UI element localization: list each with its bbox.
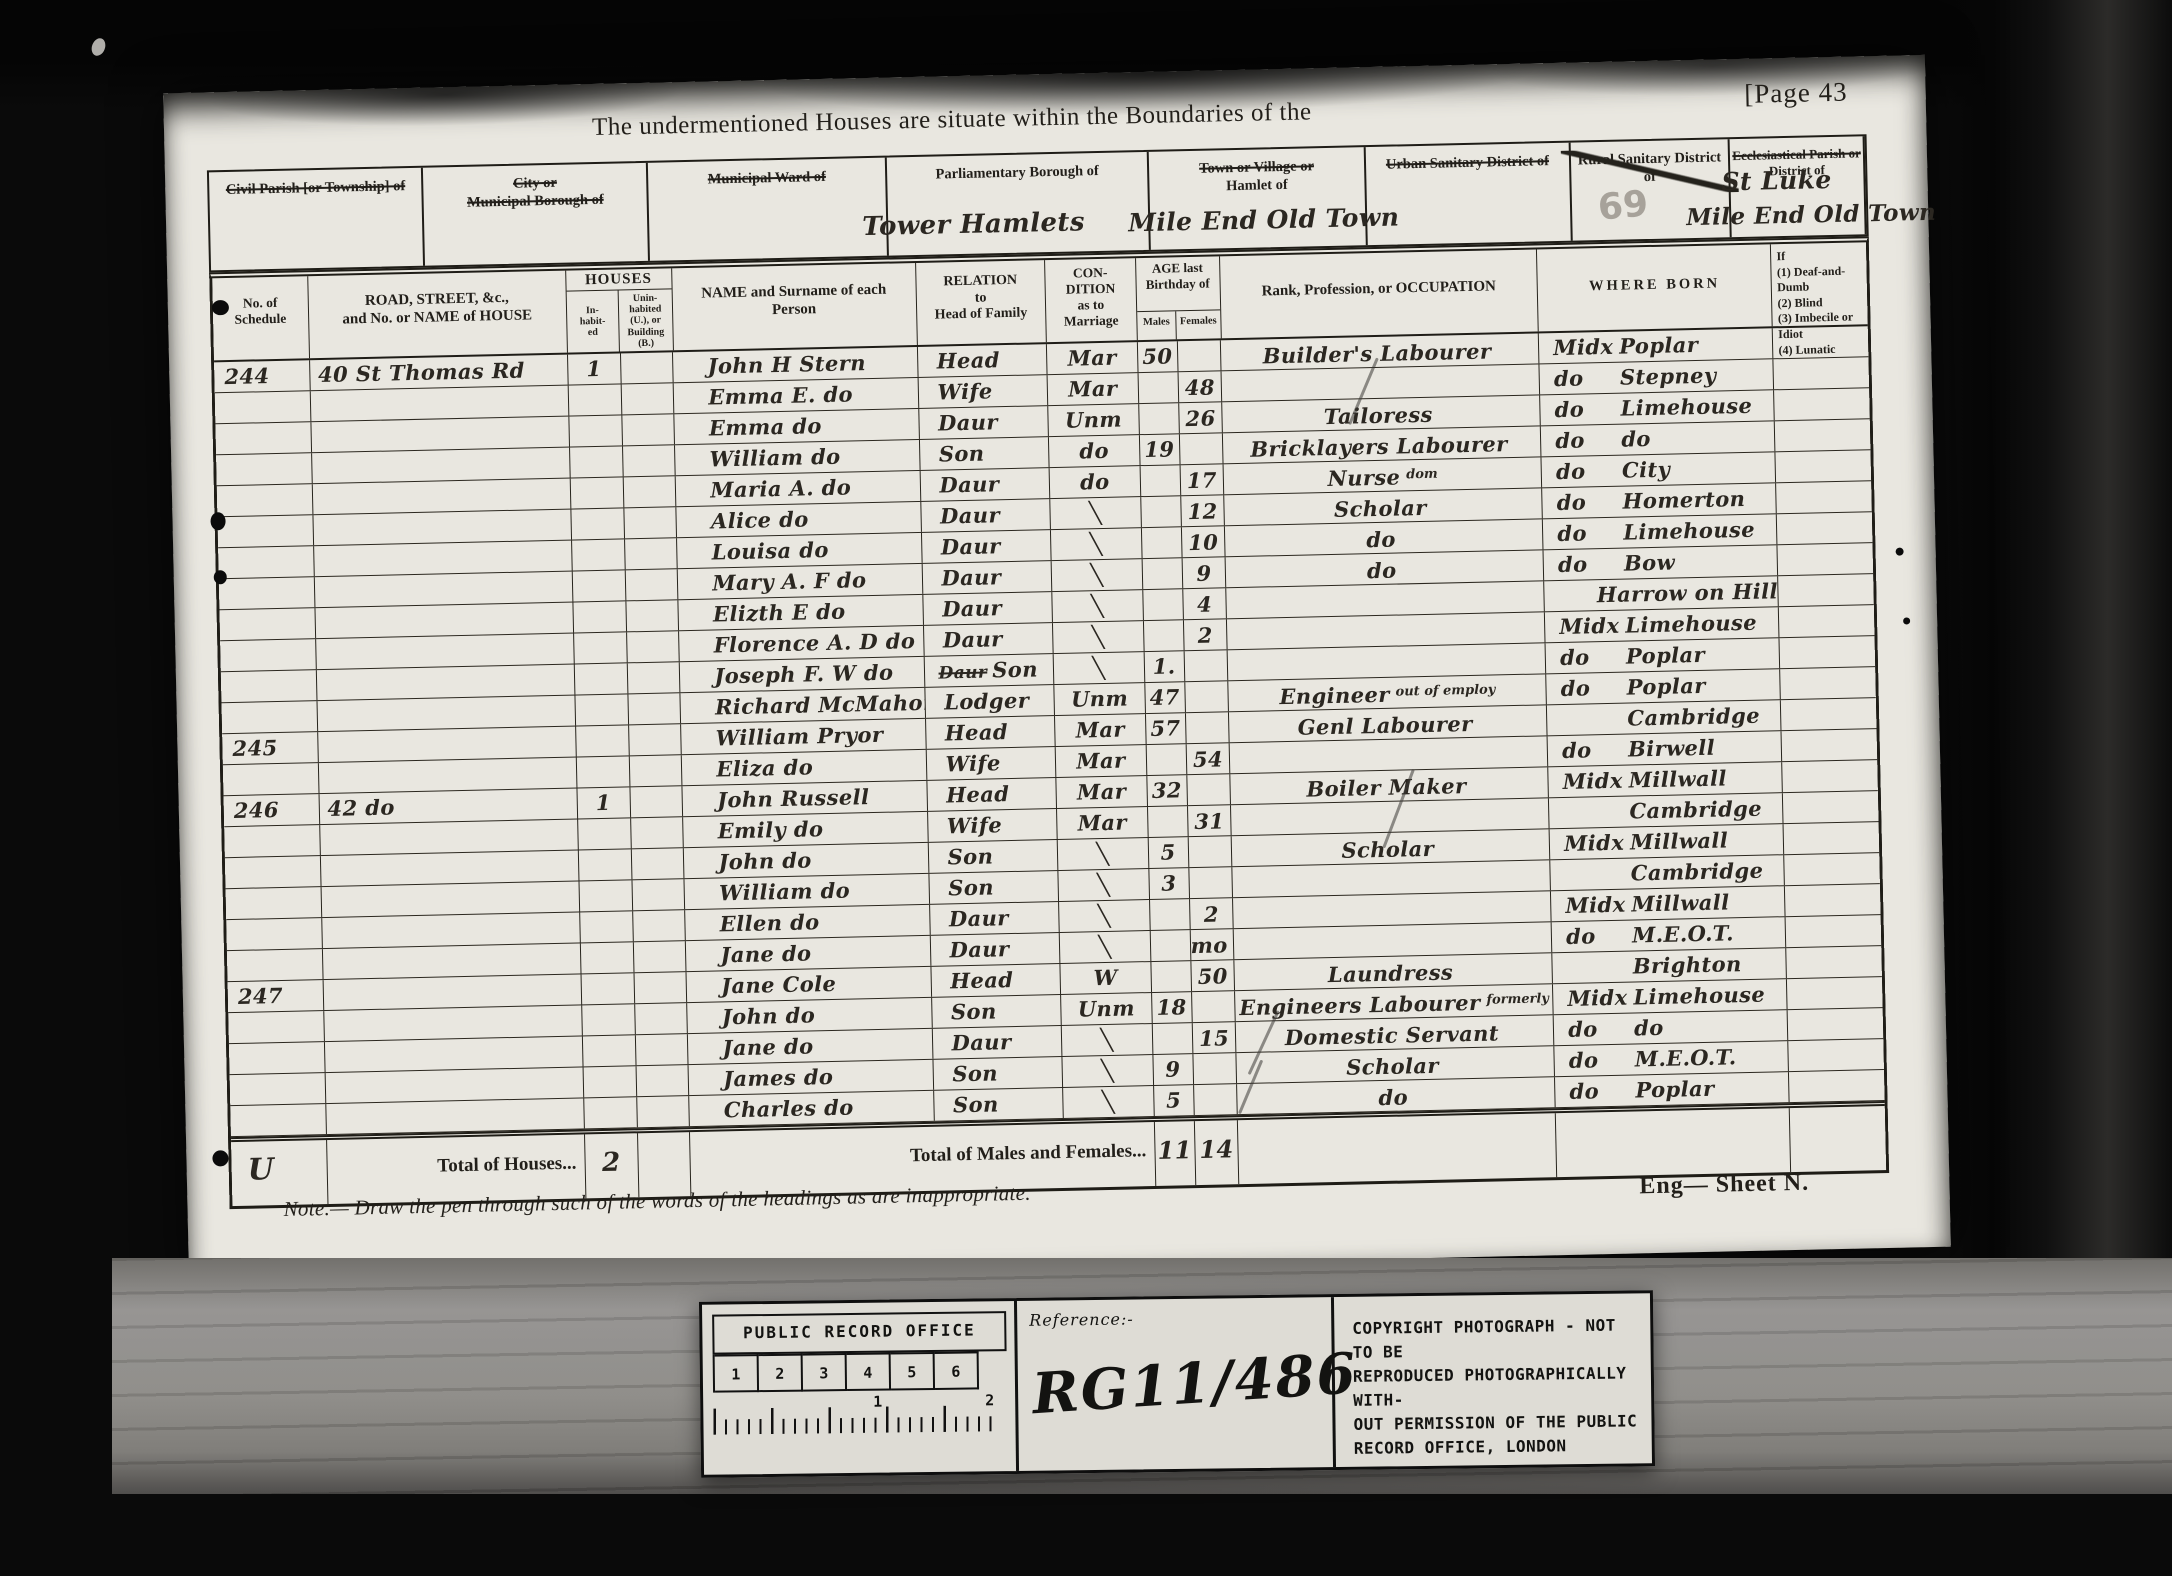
handwritten-hamlet: Mile End Old Town bbox=[1128, 202, 1400, 237]
relation-cell: Daur bbox=[919, 406, 1049, 439]
houses-inhabited bbox=[572, 570, 625, 601]
occupation: do bbox=[1378, 1084, 1408, 1110]
relation-cell: Son bbox=[934, 1088, 1064, 1121]
houses-uninhabited bbox=[626, 600, 679, 631]
age-male: 19 bbox=[1140, 434, 1180, 465]
relation: Daur bbox=[941, 562, 1001, 592]
road-name bbox=[321, 850, 580, 886]
schedule-number bbox=[216, 453, 312, 485]
relation-cell: Son bbox=[932, 995, 1062, 1028]
condition: do bbox=[1050, 466, 1141, 498]
age-male bbox=[1140, 465, 1180, 496]
schedule-number bbox=[226, 918, 322, 950]
person-name: Jane do bbox=[686, 936, 931, 971]
person-name: William Pryor bbox=[681, 719, 926, 754]
born-cell: do M.E.O.T. bbox=[1552, 917, 1787, 952]
born-county: Midx bbox=[1565, 890, 1632, 921]
ecclesiastical-struck: Ecclesiastical Parish or bbox=[1730, 145, 1863, 164]
born-county: do bbox=[1556, 456, 1623, 487]
age-female: 26 bbox=[1179, 402, 1223, 433]
houses-uninhabited bbox=[629, 755, 682, 786]
schedule-number bbox=[219, 577, 315, 609]
born-place: Poplar bbox=[1635, 1074, 1715, 1106]
relation-cell: Head bbox=[926, 716, 1056, 749]
occupation bbox=[1383, 651, 1384, 676]
infirmity-cell bbox=[1788, 1008, 1883, 1040]
header-schedule: No. of Schedule bbox=[212, 276, 309, 360]
infirmity-cell bbox=[1780, 667, 1875, 699]
houses-uninhabited bbox=[636, 1065, 689, 1096]
person-name: John do bbox=[687, 998, 932, 1033]
infirmity-cell bbox=[1775, 419, 1870, 451]
age-male bbox=[1148, 806, 1188, 837]
condition: Mar bbox=[1048, 373, 1139, 405]
condition: ╲ bbox=[1054, 652, 1145, 684]
born-cell: Midx Millwall bbox=[1550, 824, 1785, 859]
age-male: 18 bbox=[1152, 992, 1192, 1023]
relation-cell: Son bbox=[933, 1057, 1063, 1090]
schedule-number bbox=[224, 825, 320, 857]
header-females: Females bbox=[1176, 310, 1220, 339]
person-name: Charles do bbox=[690, 1091, 935, 1126]
age-female: 10 bbox=[1181, 526, 1225, 557]
relation-cell: Daur bbox=[932, 1026, 1062, 1059]
infirmity-cell bbox=[1779, 605, 1874, 637]
relation: Son bbox=[951, 996, 997, 1026]
relation-cell: Daur bbox=[930, 933, 1060, 966]
age-male bbox=[1144, 620, 1184, 651]
born-cell: do Homerton bbox=[1542, 483, 1777, 518]
header-houses-group: HOUSES In- habit- ed Unin- habited (U.),… bbox=[566, 268, 674, 352]
condition: Mar bbox=[1056, 745, 1147, 777]
houses-inhabited bbox=[580, 911, 633, 942]
ruler: 1 2 bbox=[713, 1389, 1008, 1441]
born-place: Bow bbox=[1624, 547, 1676, 578]
condition: ╲ bbox=[1059, 900, 1150, 932]
houses-inhabited bbox=[573, 601, 626, 632]
born-cell: do do bbox=[1554, 1010, 1789, 1045]
person-name: William do bbox=[685, 874, 930, 909]
occupation: Engineer bbox=[1279, 682, 1390, 709]
microfilm-scan: [Page 43 The undermentioned Houses are s… bbox=[0, 0, 2172, 1576]
infirmity-cell bbox=[1787, 977, 1882, 1009]
houses-inhabited bbox=[568, 384, 621, 415]
occupation bbox=[1390, 930, 1391, 955]
born-cell: do Limehouse bbox=[1543, 514, 1778, 549]
condition: Mar bbox=[1057, 807, 1148, 839]
header-age: AGE last Birthday of bbox=[1136, 256, 1220, 311]
age-male bbox=[1138, 372, 1178, 403]
road-name bbox=[317, 696, 576, 732]
born-cell: Midx Poplar bbox=[1539, 328, 1774, 363]
census-page: [Page 43 The undermentioned Houses are s… bbox=[163, 55, 1951, 1285]
born-place: City bbox=[1622, 455, 1671, 486]
born-place: Poplar bbox=[1626, 671, 1706, 703]
schedule-number bbox=[215, 422, 311, 454]
road-name bbox=[316, 665, 575, 701]
born-cell: Midx Millwall bbox=[1548, 762, 1783, 797]
relation-cell: Head bbox=[917, 344, 1047, 377]
born-place: Cambridge bbox=[1627, 701, 1760, 734]
relation: Daur bbox=[943, 624, 1003, 654]
scale-cell: 6 bbox=[935, 1351, 979, 1390]
relation-cell: Lodger bbox=[925, 685, 1055, 718]
houses-inhabited bbox=[582, 1004, 635, 1035]
road-name bbox=[319, 758, 578, 794]
born-cell: do Poplar bbox=[1555, 1072, 1790, 1107]
occupation-note: out of employ bbox=[1395, 682, 1495, 699]
born-place: Poplar bbox=[1619, 330, 1699, 362]
infirmity-cell bbox=[1773, 326, 1868, 358]
relation: Head bbox=[950, 965, 1014, 995]
relation: Son bbox=[953, 1089, 999, 1119]
schedule-number bbox=[217, 515, 313, 547]
houses-uninhabited bbox=[627, 662, 680, 693]
relation-cell: Head bbox=[931, 964, 1061, 997]
schedule-number bbox=[227, 949, 323, 981]
road-name bbox=[315, 603, 574, 639]
houses-inhabited bbox=[576, 725, 629, 756]
houses-inhabited bbox=[571, 508, 624, 539]
occupation bbox=[1377, 372, 1378, 397]
occupation-note: formerly bbox=[1486, 991, 1549, 1007]
condition: ╲ bbox=[1062, 1024, 1153, 1056]
houses-inhabited bbox=[579, 849, 632, 880]
born-county: do bbox=[1566, 921, 1633, 952]
age-female bbox=[1184, 650, 1228, 681]
age-female bbox=[1179, 433, 1223, 464]
municipal-borough-label: City or Municipal Borough of bbox=[424, 172, 647, 213]
schedule-number bbox=[218, 546, 314, 578]
person-name: Jane Cole bbox=[687, 967, 932, 1002]
relation: Daur bbox=[940, 531, 1000, 561]
occupation bbox=[1383, 620, 1384, 645]
pro-scale-section: PUBLIC RECORD OFFICE 123456 1 2 bbox=[702, 1301, 1016, 1475]
person-name: James do bbox=[689, 1060, 934, 1095]
header-uninhabited: Unin- habited (U.), or Building (B.) bbox=[619, 289, 673, 351]
road-name bbox=[320, 819, 579, 855]
age-female: 48 bbox=[1178, 371, 1222, 402]
occupation bbox=[1385, 744, 1386, 769]
born-place: do bbox=[1621, 424, 1651, 455]
houses-uninhabited bbox=[623, 476, 676, 507]
totals-born bbox=[1556, 1108, 1791, 1177]
infirmity-cell bbox=[1774, 357, 1869, 389]
age-female bbox=[1186, 712, 1230, 743]
age-female: 2 bbox=[1184, 619, 1228, 650]
relation: Wife bbox=[937, 376, 993, 406]
age-female: 12 bbox=[1181, 495, 1225, 526]
schedule-number bbox=[226, 887, 322, 919]
person-name: Maria A. do bbox=[676, 471, 921, 506]
born-cell: Cambridge bbox=[1547, 700, 1782, 735]
age-female bbox=[1189, 867, 1233, 898]
handwritten-borough: Tower Hamlets bbox=[862, 207, 1085, 242]
born-place: Stepney bbox=[1620, 361, 1717, 393]
age-female: 15 bbox=[1192, 1022, 1236, 1053]
houses-uninhabited bbox=[625, 569, 678, 600]
infirmity-cell bbox=[1782, 729, 1877, 761]
born-place: Cambridge bbox=[1629, 794, 1762, 827]
age-male bbox=[1151, 961, 1191, 992]
person-name: Richard McMahon bbox=[681, 688, 926, 723]
infirmity-cell bbox=[1776, 450, 1871, 482]
relation-cell: Daur bbox=[924, 623, 1054, 656]
age-female: 54 bbox=[1186, 743, 1230, 774]
born-place: Limehouse bbox=[1623, 515, 1755, 548]
road-name bbox=[321, 881, 580, 917]
born-cell: Brighton bbox=[1552, 948, 1787, 983]
road-name bbox=[314, 572, 573, 608]
occupation: do bbox=[1367, 558, 1397, 584]
born-county: Midx bbox=[1564, 828, 1631, 859]
condition: ╲ bbox=[1058, 838, 1149, 870]
schedule-number bbox=[215, 391, 311, 423]
houses-inhabited bbox=[583, 1066, 636, 1097]
civil-parish-label: Civil Parish [or Township] of bbox=[209, 177, 422, 200]
pro-scale-cells: 123456 bbox=[713, 1351, 1007, 1393]
age-male: 47 bbox=[1145, 682, 1185, 713]
age-female bbox=[1187, 774, 1231, 805]
copyright-notice: COPYRIGHT PHOTOGRAPH - NOT TO BE REPRODU… bbox=[1334, 1293, 1652, 1467]
header-condition: CON- DITION as to Marriage bbox=[1045, 258, 1137, 342]
relation: Daur bbox=[940, 500, 1000, 530]
boundary-title: The undermentioned Houses are situate wi… bbox=[592, 98, 1312, 142]
age-male bbox=[1143, 589, 1183, 620]
houses-uninhabited bbox=[630, 786, 683, 817]
age-female: mo 4 bbox=[1190, 929, 1234, 960]
rural-sanitary-label: Rural Sanitary District of bbox=[1571, 148, 1729, 188]
houses-uninhabited bbox=[625, 538, 678, 569]
relation-cell: Daur bbox=[921, 530, 1051, 563]
born-place: Harrow on Hill bbox=[1597, 576, 1779, 610]
relation: Son bbox=[938, 439, 984, 469]
condition: Unm bbox=[1054, 683, 1145, 715]
houses-inhabited bbox=[583, 1035, 636, 1066]
schedule-number bbox=[221, 670, 317, 702]
houses-uninhabited bbox=[635, 1003, 688, 1034]
header-road: ROAD, STREET, &c., and No. or NAME of HO… bbox=[308, 271, 568, 359]
condition: ╲ bbox=[1053, 621, 1144, 653]
born-cell: do Bow bbox=[1544, 545, 1779, 580]
schedule-number: 245 bbox=[222, 732, 318, 764]
road-name bbox=[313, 510, 572, 546]
road-name bbox=[314, 541, 573, 577]
person-name: Emily do bbox=[683, 812, 928, 847]
road-name bbox=[322, 912, 581, 948]
age-male bbox=[1146, 744, 1186, 775]
handwritten-ecclesiastical-1: St Luke bbox=[1721, 165, 1832, 196]
cell-civil-parish: Civil Parish [or Township] of bbox=[209, 168, 426, 271]
scale-cell: 5 bbox=[891, 1352, 935, 1391]
born-cell: Midx Limehouse bbox=[1545, 607, 1780, 642]
born-place: M.E.O.T. bbox=[1632, 918, 1734, 950]
houses-inhabited bbox=[572, 539, 625, 570]
schedule-number: 244 bbox=[214, 360, 310, 392]
born-county bbox=[1558, 580, 1597, 611]
born-county: do bbox=[1557, 518, 1624, 549]
born-county: Midx bbox=[1562, 766, 1629, 797]
person-name: Florence A. D do bbox=[679, 626, 924, 661]
occupation bbox=[1388, 868, 1389, 893]
infirmity-cell bbox=[1787, 946, 1882, 978]
sheet-label: Eng— Sheet N. bbox=[1639, 1170, 1809, 1201]
person-name: Louisa do bbox=[677, 533, 922, 568]
houses-uninhabited bbox=[631, 848, 684, 879]
header-relation: RELATION to Head of Family bbox=[916, 260, 1047, 345]
condition: ╲ bbox=[1051, 528, 1142, 560]
born-county: Midx bbox=[1559, 611, 1626, 642]
schedule-number bbox=[230, 1073, 326, 1105]
header-age-group: AGE last Birthday of Males Females bbox=[1136, 256, 1222, 340]
born-county bbox=[1563, 797, 1630, 828]
ruler-ticks-major bbox=[713, 1405, 995, 1434]
born-place: Millwall bbox=[1630, 825, 1729, 857]
infirmity-cell bbox=[1786, 915, 1881, 947]
schedule-number bbox=[220, 639, 316, 671]
occupation: Builder's Labourer bbox=[1262, 338, 1491, 368]
houses-uninhabited bbox=[624, 507, 677, 538]
houses-inhabited bbox=[581, 973, 634, 1004]
age-female bbox=[1188, 836, 1232, 867]
houses-uninhabited bbox=[635, 1034, 688, 1065]
relation-struck: Daur bbox=[938, 659, 987, 687]
infirmity-cell bbox=[1778, 574, 1873, 606]
houses-uninhabited bbox=[621, 352, 674, 383]
table-body: 244 40 St Thomas Rd 1 John H Stern Head … bbox=[214, 326, 1885, 1137]
scale-cell: 1 bbox=[715, 1354, 759, 1393]
born-county: do bbox=[1554, 394, 1621, 425]
born-county: do bbox=[1555, 425, 1622, 456]
totals-infirm bbox=[1790, 1106, 1886, 1172]
age-female: 31 bbox=[1188, 805, 1232, 836]
relation-cell: Wife bbox=[918, 375, 1048, 408]
condition: ╲ bbox=[1058, 869, 1149, 901]
road-name bbox=[310, 386, 569, 422]
occupation: Bricklayers Labourer bbox=[1250, 431, 1508, 462]
cell-municipal-borough: City or Municipal Borough of bbox=[423, 163, 650, 266]
age-male: 32 bbox=[1147, 775, 1187, 806]
road-name bbox=[318, 727, 577, 763]
occupation: Genl Labourer bbox=[1297, 711, 1472, 740]
schedule-number bbox=[229, 1042, 325, 1074]
condition: ╲ bbox=[1063, 1055, 1154, 1087]
born-place: Millwall bbox=[1631, 887, 1730, 919]
born-place: Limehouse bbox=[1620, 391, 1752, 424]
road-name bbox=[325, 1067, 584, 1103]
occupation: Nurse bbox=[1327, 464, 1400, 491]
born-cell: do Poplar bbox=[1546, 638, 1781, 673]
occupation bbox=[1382, 589, 1383, 614]
houses-uninhabited bbox=[622, 414, 675, 445]
person-name: Joseph F. W do bbox=[680, 657, 925, 692]
schedule-number bbox=[223, 763, 319, 795]
relation: Son bbox=[992, 654, 1038, 684]
person-name: Ellen do bbox=[685, 905, 930, 940]
age-male: 9 bbox=[1153, 1054, 1193, 1085]
handwritten-ecclesiastical-2: Mile End Old Town bbox=[1686, 199, 1936, 231]
scale-cell: 3 bbox=[803, 1353, 847, 1392]
houses-uninhabited bbox=[623, 445, 676, 476]
schedule-number bbox=[222, 701, 318, 733]
relation-cell: Head bbox=[927, 778, 1057, 811]
relation-cell: Son bbox=[919, 437, 1049, 470]
schedule-number bbox=[225, 856, 321, 888]
relation: Lodger bbox=[944, 686, 1030, 717]
houses-inhabited bbox=[569, 415, 622, 446]
reference-value: RG11/486 bbox=[1030, 1340, 1359, 1427]
born-cell: Cambridge bbox=[1550, 855, 1785, 890]
person-name: Jane do bbox=[688, 1029, 933, 1064]
age-female bbox=[1177, 340, 1221, 371]
header-where-born: WHERE BORN bbox=[1537, 244, 1773, 331]
born-county: do bbox=[1568, 1013, 1635, 1044]
relation-cell: Daur bbox=[921, 499, 1051, 532]
relation-cell: Son bbox=[928, 840, 1058, 873]
occupation: Tailoress bbox=[1324, 402, 1433, 429]
age-male bbox=[1142, 527, 1182, 558]
pro-reference-section: Reference:- RG11/486 bbox=[1014, 1297, 1336, 1471]
relation-cell: Wife bbox=[926, 747, 1056, 780]
relation: Daur bbox=[949, 903, 1009, 933]
relation: Daur bbox=[939, 469, 999, 499]
born-county: do bbox=[1569, 1075, 1636, 1106]
header-infirmities: If (1) Deaf-and-Dumb (2) Blind (3) Imbec… bbox=[1771, 242, 1867, 326]
total-females: 14 bbox=[1194, 1120, 1239, 1185]
houses-inhabited bbox=[575, 694, 628, 725]
occupation: do bbox=[1366, 527, 1396, 553]
relation: Daur bbox=[938, 407, 998, 437]
houses-inhabited bbox=[570, 477, 623, 508]
occupation: Scholar bbox=[1334, 495, 1427, 522]
relation-cell: Daur bbox=[922, 561, 1052, 594]
houses-uninhabited bbox=[633, 941, 686, 972]
relation: Daur bbox=[942, 593, 1002, 623]
born-county: do bbox=[1558, 549, 1625, 580]
infirmity-cell bbox=[1783, 760, 1878, 792]
born-cell: do Poplar bbox=[1546, 669, 1781, 704]
pro-reference-card: PUBLIC RECORD OFFICE 123456 1 2 Referenc… bbox=[699, 1290, 1655, 1478]
born-county: do bbox=[1560, 673, 1627, 704]
houses-inhabited bbox=[574, 632, 627, 663]
condition: Mar bbox=[1056, 776, 1147, 808]
road-name: 42 do bbox=[319, 788, 578, 824]
condition: ╲ bbox=[1052, 559, 1143, 591]
infirmity-cell bbox=[1785, 853, 1880, 885]
born-county: do bbox=[1562, 735, 1629, 766]
age-female: 50 bbox=[1191, 960, 1235, 991]
age-male: 50 bbox=[1138, 341, 1178, 372]
header-males: Males bbox=[1137, 311, 1177, 340]
parliamentary-borough-label: Parliamentary Borough of bbox=[887, 161, 1147, 185]
schedule-number bbox=[219, 608, 315, 640]
houses-inhabited bbox=[577, 756, 630, 787]
age-female: 9 bbox=[1182, 557, 1226, 588]
pro-title: PUBLIC RECORD OFFICE bbox=[712, 1311, 1006, 1355]
relation: Head bbox=[945, 717, 1009, 747]
infirmity-cell bbox=[1778, 543, 1873, 575]
relation: Wife bbox=[947, 810, 1003, 840]
houses-inhabited bbox=[581, 942, 634, 973]
municipal-ward-label: Municipal Ward of bbox=[648, 167, 886, 190]
occupation: Boiler Maker bbox=[1306, 773, 1467, 801]
person-name: Elizth E do bbox=[679, 595, 924, 630]
header-occupation: Rank, Profession, or OCCUPATION bbox=[1220, 249, 1539, 338]
houses-uninhabited bbox=[628, 693, 681, 724]
born-cell: Cambridge bbox=[1549, 793, 1784, 828]
occupation: Laundress bbox=[1328, 959, 1454, 987]
road-name bbox=[323, 974, 582, 1010]
